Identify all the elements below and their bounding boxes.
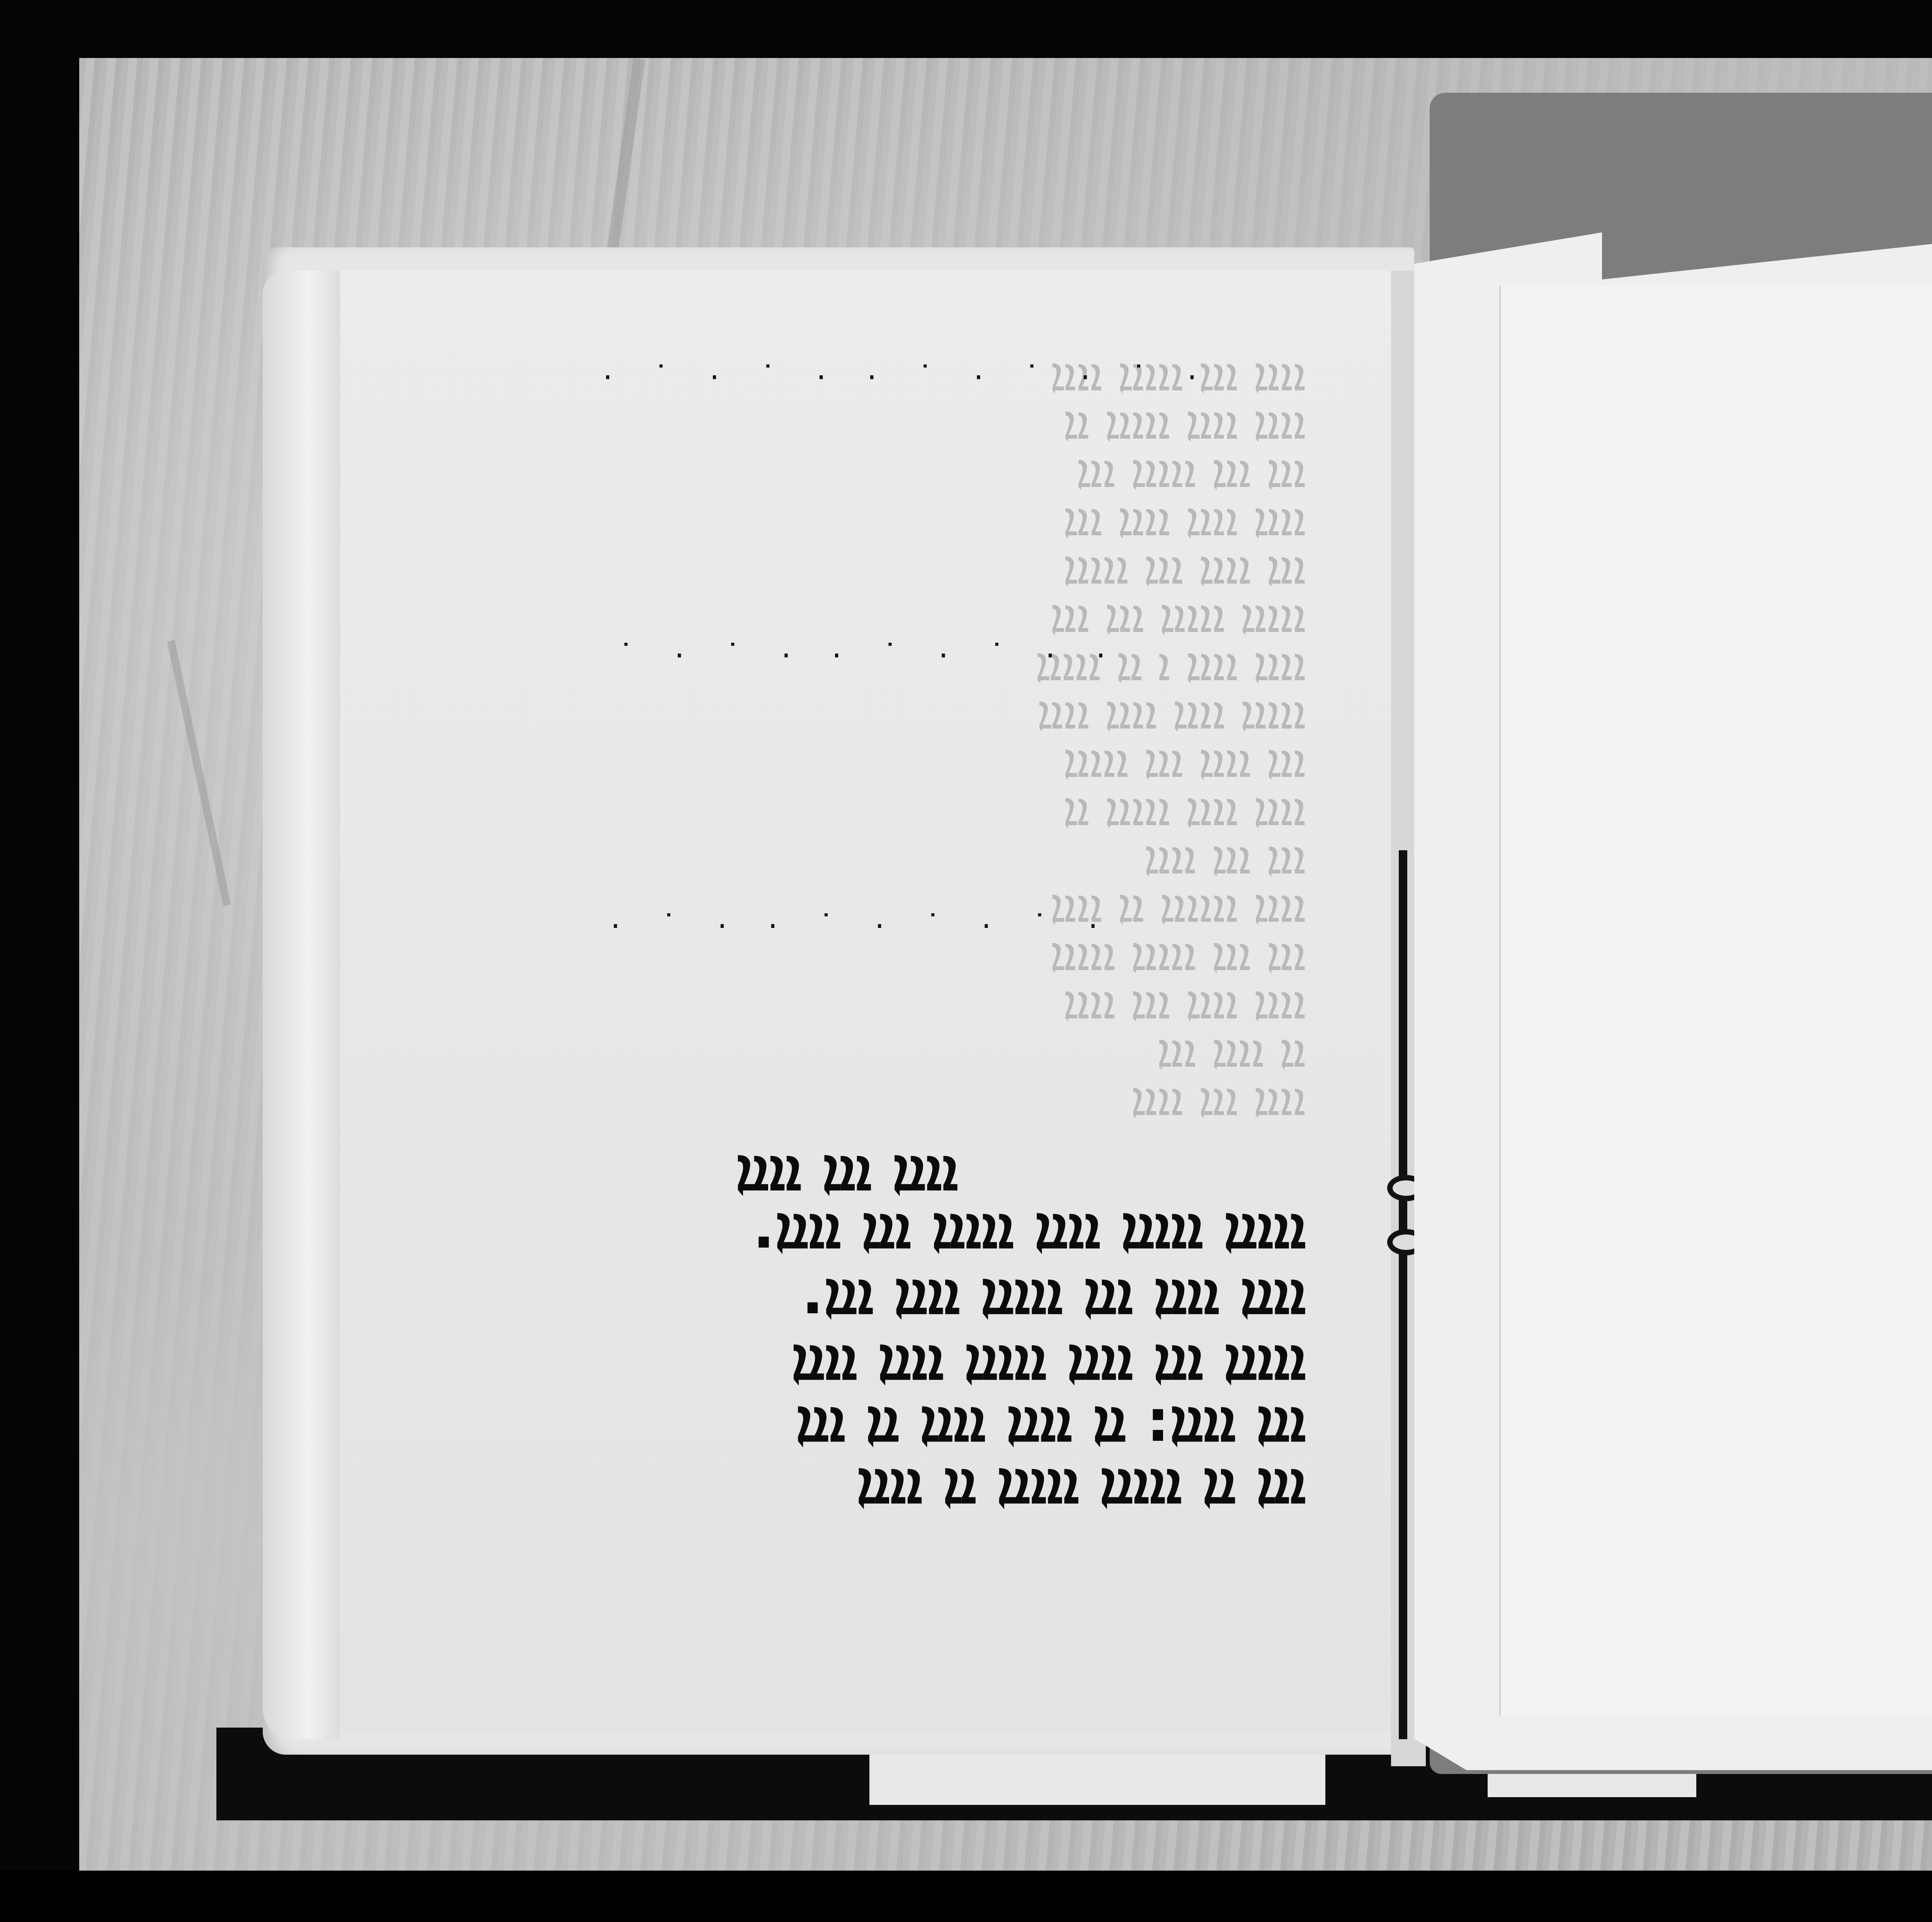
text-line: ܐܐܐܐ ܐܐܐܐ ܐܐܐܐܐ ܐܐ [1063,783,1306,837]
text-line: ܐܐܐܐܐ ܐܐܐܐܐ ܐܐܐ ܐܐܐ [1049,589,1306,644]
stone-crack [607,58,645,251]
faint-text-block: ܐܐܐܐ ܐܐܐ ܐܐܐܐܐ ܐܐܐܐ ܐܐܐܐ ܐܐܐܐ ܐܐܐܐܐ ܐܐ ܐ… [580,348,1306,1121]
text-line: ܐܐܐ ܐܐܐܐ: ܐܐ ܐܐܐܐ ܐܐܐܐ ܐܐ ܐܐܐ [795,1387,1306,1456]
text-line: ܐܐܐܐ ܐܐܐܐ ܐܐܐ ܐܐܐܐ [1063,976,1306,1030]
dark-text-block: ܐܐܐܐ ܐܐܐ ܐܐܐܐ ܐܐܐܐܐ ܐܐܐܐܐ ܐܐܐܐ ܐܐܐܐܐ ܐܐܐ… [549,1136,1306,1523]
text-line: ܐܐܐ ܐܐܐܐ ܐܐܐ ܐܐܐܐܐ [1063,734,1306,788]
text-line: ܐܐܐܐ ܐܐܐܐ ܐܐܐܐܐ ܐܐ [1063,396,1306,450]
text-line: ܐܐܐܐܐ ܐܐܐܐ ܐܐܐܐ ܐܐܐܐ [1037,686,1306,740]
text-line: ܐܐܐܐ ܐܐܐܐ ܐܐܐܐ ܐܐܐ [1063,493,1306,547]
left-page-edges [263,271,340,1739]
right-page-inner-leaf [1499,286,1932,1716]
text-line: ܐܐܐܐ ܐܐܐܐ ܐܐܐ ܐܐܐܐܐ ܐܐܐܐ ܐܐܐ. [801,1260,1306,1328]
text-line: ܐܐܐܐ ܐܐܐ ܐܐܐܐ [1131,1073,1306,1127]
vowel-dots: ˙ · ˙ · · ˙ · ˙ · · [618,638,1121,674]
text-line: ܐܐܐ ܐܐܐ ܐܐܐܐܐ ܐܐܐ [1076,444,1306,499]
binding-thread [1399,850,1407,1739]
vowel-dots: · ˙ · ˙ · · ˙ · ˙ · ˙ · [603,359,1213,395]
text-line: ܐܐܐܐܐ ܐܐܐ ܐܐܐܐ ܐܐܐܐܐ ܐܐܐܐ ܐܐܐܐ [791,1326,1306,1394]
text-line: ܐܐܐܐܐ ܐܐܐܐܐ ܐܐܐܐ ܐܐܐܐܐ ܐܐܐ ܐܐܐܐ. [753,1194,1306,1263]
vowel-dots: · ˙ · · ˙ · ˙ · ˙ · [611,908,1113,944]
text-line: ܐܐ ܐܐܐܐ ܐܐܐ [1156,1024,1306,1078]
stone-crack [167,640,231,906]
text-line: ܐܐܐ ܐܐ ܐܐܐܐܐ ܐܐܐܐܐ ܐܐ ܐܐܐܐ [856,1449,1306,1518]
text-line: ܐܐܐ ܐܐܐܐ ܐܐܐ ܐܐܐܐܐ [1063,541,1306,595]
frame-bottom [0,1871,1932,1922]
text-line: ܐܐܐ ܐܐܐ ܐܐܐܐ [1143,831,1306,885]
